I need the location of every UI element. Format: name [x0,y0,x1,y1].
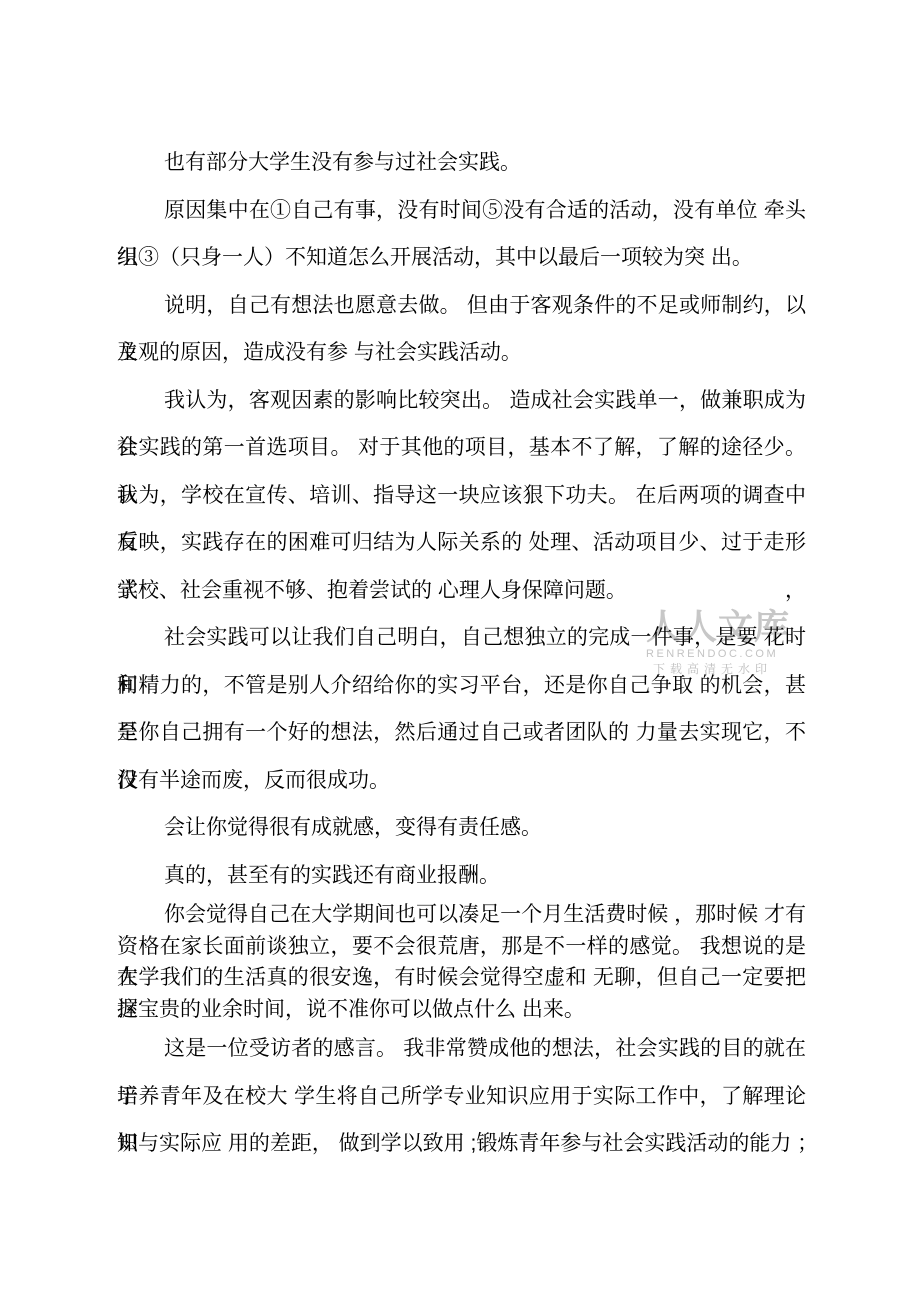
text-line: 我认为，客观因素的影响比较突出。 造成社会实践单一，做兼职成为社 [117,377,806,425]
text-line: 培养青年及在校大 学生将自己所学专业知识应用于实际工作中，了解理论知 [117,1073,806,1121]
text-line: 织③（只身一人）不知道怎么开展活动，其中以最后一项较为突 出。 [117,234,806,282]
paragraph: 真的，甚至有的实践还有商业报酬。 [117,852,806,900]
paragraph: 这是一位受访者的感言。 我非常赞成他的想法，社会实践的目的就在于培养青年及在校大… [117,1025,806,1168]
text-line: 这宝贵的业余时间，说不准你可以做点什么 出来。 [117,994,806,1026]
text-line: 社会实践可以让我们自己明白，自己想独立的完成一件事，是要 花时间 [117,614,806,662]
text-line: 没有半途而废，反而很成功。 [117,757,806,805]
text-line: 和精力的，不管是别人介绍给你的实习平台，还是你自己争取 的机会，甚至 [117,662,806,710]
paragraph: 你会觉得自己在大学期间也可以凑足一个月生活费时候 ，那时候 才有资格在家长面前谈… [117,899,806,1025]
text-line: 资格在家长面前谈独立，要不会很荒唐，那是不一样的感觉。 我想说的是在 [117,931,806,963]
paragraph: 原因集中在①自己有事，没有时间⑤没有合适的活动，没有单位 牵头组织③（只身一人）… [117,187,806,282]
text-line: 大学我们的生活真的很安逸，有时候会觉得空虚和 无聊，但自己一定要把握 [117,962,806,994]
document-body: 也有部分大学生没有参与过社会实践。原因集中在①自己有事，没有时间⑤没有合适的活动… [117,139,806,1168]
text-line: 认为，学校在宣传、培训、指导这一块应该狠下功夫。 在后两项的调查中有 [117,472,806,520]
text-line: 会实践的第一首选项目。 对于其他的项目，基本不了解，了解的途径少。 我 [117,424,806,472]
text-line: 真的，甚至有的实践还有商业报酬。 [117,852,806,900]
text-line: 你会觉得自己在大学期间也可以凑足一个月生活费时候 ，那时候 才有 [117,899,806,931]
text-line: 反映，实践存在的困难可归结为人际关系的 处理、活动项目少、过于走形式， [117,519,806,567]
text-line: 主观的原因，造成没有参 与社会实践活动。 [117,329,806,377]
text-line: 这是一位受访者的感言。 我非常赞成他的想法，社会实践的目的就在于 [117,1025,806,1073]
paragraph: 我认为，客观因素的影响比较突出。 造成社会实践单一，做兼职成为社会实践的第一首选… [117,377,806,615]
paragraph: 也有部分大学生没有参与过社会实践。 [117,139,806,187]
text-line: 会让你觉得很有成就感，变得有责任感。 [117,804,806,852]
text-line: 原因集中在①自己有事，没有时间⑤没有合适的活动，没有单位 牵头组 [117,187,806,235]
text-line: 是你自己拥有一个好的想法，然后通过自己或者团队的 力量去实现它，不仅 [117,709,806,757]
text-line: 也有部分大学生没有参与过社会实践。 [117,139,806,187]
text-line: 识与实际应 用的差距， 做到学以致用 ;锻炼青年参与社会实践活动的能力 ； [117,1120,806,1168]
text-line: 说明，自己有想法也愿意去做。 但由于客观条件的不足或师制约，以及 [117,282,806,330]
paragraph: 社会实践可以让我们自己明白，自己想独立的完成一件事，是要 花时间和精力的，不管是… [117,614,806,804]
paragraph: 说明，自己有想法也愿意去做。 但由于客观条件的不足或师制约，以及主观的原因，造成… [117,282,806,377]
document-page: 人人文库 RENRENDOC.COM 下载高清无水印 也有部分大学生没有参与过社… [0,0,920,1303]
paragraph: 会让你觉得很有成就感，变得有责任感。 [117,804,806,852]
